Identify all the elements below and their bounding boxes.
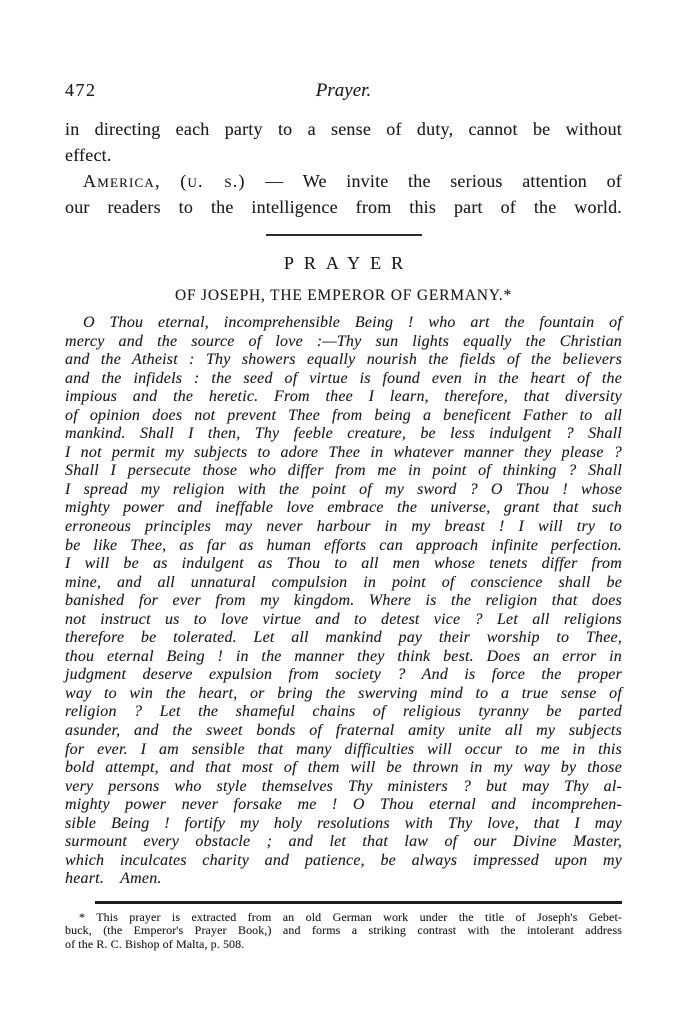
prayer-line: which inculcates charity and patience, b… [65,852,622,871]
prayer-line: Shall I persecute those who differ from … [65,462,622,481]
america-line-2: our readers to the intelligence from thi… [65,194,622,220]
prayer-title: PRAYER [65,253,622,274]
prayer-line: bold attempt, and that most of them will… [65,759,622,778]
prayer-line: therefore be tolerated. Let all mankind … [65,629,622,648]
footnote-rule [95,901,622,904]
prayer-line: I spread my religion with the point of m… [65,481,622,500]
prayer-line: and the infidels : the seed of virtue is… [65,370,622,389]
prayer-line: mine, and all unnatural compulsion in po… [65,574,622,593]
prayer-line: way to win the heart, or bring the swerv… [65,685,622,704]
prayer-line: impious and the heretic. From thee I lea… [65,388,622,407]
prayer-subtitle: OF JOSEPH, THE EMPEROR OF GERMANY.* [65,287,622,305]
prayer-line: I not permit my subjects to adore Thee i… [65,444,622,463]
america-abbrev: (u. s.) [180,171,245,191]
running-head: Prayer. [125,81,562,101]
prayer-line: sible Being ! fortify my holy resolution… [65,815,622,834]
page-header: 472 Prayer. [65,80,622,101]
prayer-line: mercy and the source of love :—Thy sun l… [65,333,622,352]
prayer-line: erroneous principles may never harbour i… [65,518,622,537]
prayer-line: very persons who style themselves Thy mi… [65,778,622,797]
prayer-line: mighty power and ineffable love embrace … [65,499,622,518]
prayer-line: be like Thee, as far as human efforts ca… [65,537,622,556]
page-number: 472 [65,80,125,100]
footnote-line: buck, (the Emperor's Prayer Book,) and f… [65,924,622,938]
prayer-line: judgment deserve expulsion from society … [65,666,622,685]
america-label: America, [83,171,161,191]
prayer-body: O Thou eternal, incomprehensible Being !… [65,314,622,889]
prayer-line: and the Atheist : Thy showers equally no… [65,351,622,370]
prayer-line: mighty power never forsake me ! O Thou e… [65,796,622,815]
intro-line: effect. [65,142,622,168]
prayer-line: O Thou eternal, incomprehensible Being !… [65,314,622,333]
intro-paragraph: in directing each party to a sense of du… [65,116,622,168]
america-line-1: America, (u. s.) — We invite the serious… [65,168,622,194]
prayer-line: I will be as indulgent as Thou to all me… [65,555,622,574]
prayer-line: asunder, and the sweet bonds of fraterna… [65,722,622,741]
section-divider-rule [266,234,422,236]
intro-section: in directing each party to a sense of du… [65,116,622,220]
footnote-line: * This prayer is extracted from an old G… [65,911,622,925]
america-line-1-rest: — We invite the serious attention of [265,171,622,191]
prayer-line: mankind. Shall I then, Thy feeble creatu… [65,425,622,444]
prayer-line: of opinion does not prevent Thee from be… [65,407,622,426]
prayer-line: heart. Amen. [65,870,622,889]
prayer-line: for ever. I am sensible that many diffic… [65,741,622,760]
america-paragraph: America, (u. s.) — We invite the serious… [65,168,622,220]
footnote-line: of the R. C. Bishop of Malta, p. 508. [65,938,622,952]
prayer-line: surmount every obstacle ; and let that l… [65,833,622,852]
prayer-line: religion ? Let the shameful chains of re… [65,703,622,722]
book-page: 472 Prayer. in directing each party to a… [65,0,622,951]
prayer-line: not instruct us to love virtue and to de… [65,611,622,630]
footnote: * This prayer is extracted from an old G… [65,911,622,952]
intro-line: in directing each party to a sense of du… [65,116,622,142]
prayer-line: banished for ever from my kingdom. Where… [65,592,622,611]
prayer-line: thou eternal Being ! in the manner they … [65,648,622,667]
